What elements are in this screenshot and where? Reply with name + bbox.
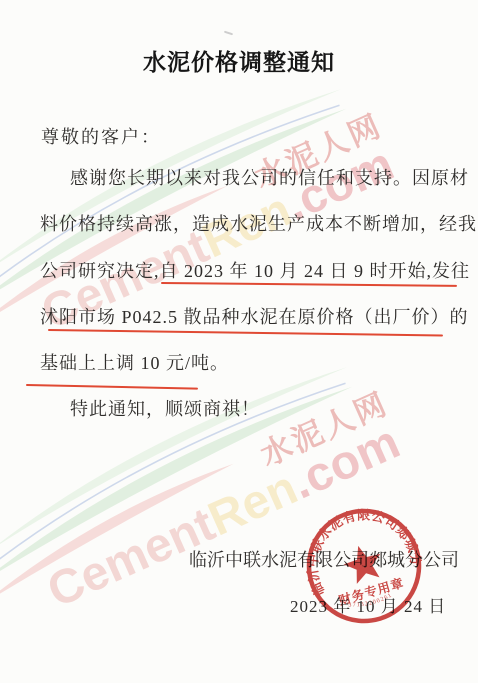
notice-title: 水泥价格调整通知	[0, 44, 478, 77]
scanned-notice-page: CementRen.com 水泥人网 CementRen.com 水泥人网 水泥…	[0, 0, 478, 683]
company-seal-stamp: 临沂中联水泥有限公司郯城分公司 财务专用章 37132200261	[299, 501, 429, 631]
salutation: 尊敬的客户：	[41, 123, 161, 149]
body-line: 特此通知，顺颂商祺！	[40, 386, 465, 432]
seal-star-icon	[340, 541, 387, 586]
body-line: 基础上上调 10 元/吨。	[40, 340, 465, 386]
body-line: 料价格持续高涨，造成水泥生产成本不断增加，经我	[40, 201, 465, 247]
body-line: 公司研究决定,自 2023 年 10 月 24 日 9 时开始,发往	[40, 248, 465, 294]
scan-artifact	[224, 31, 233, 36]
watermark-arc-pink-icon	[0, 461, 244, 603]
body-line: 感谢您长期以来对我公司的信任和支持。因原材	[40, 155, 465, 201]
notice-body: 感谢您长期以来对我公司的信任和支持。因原材 料价格持续高涨，造成水泥生产成本不断…	[40, 155, 465, 433]
